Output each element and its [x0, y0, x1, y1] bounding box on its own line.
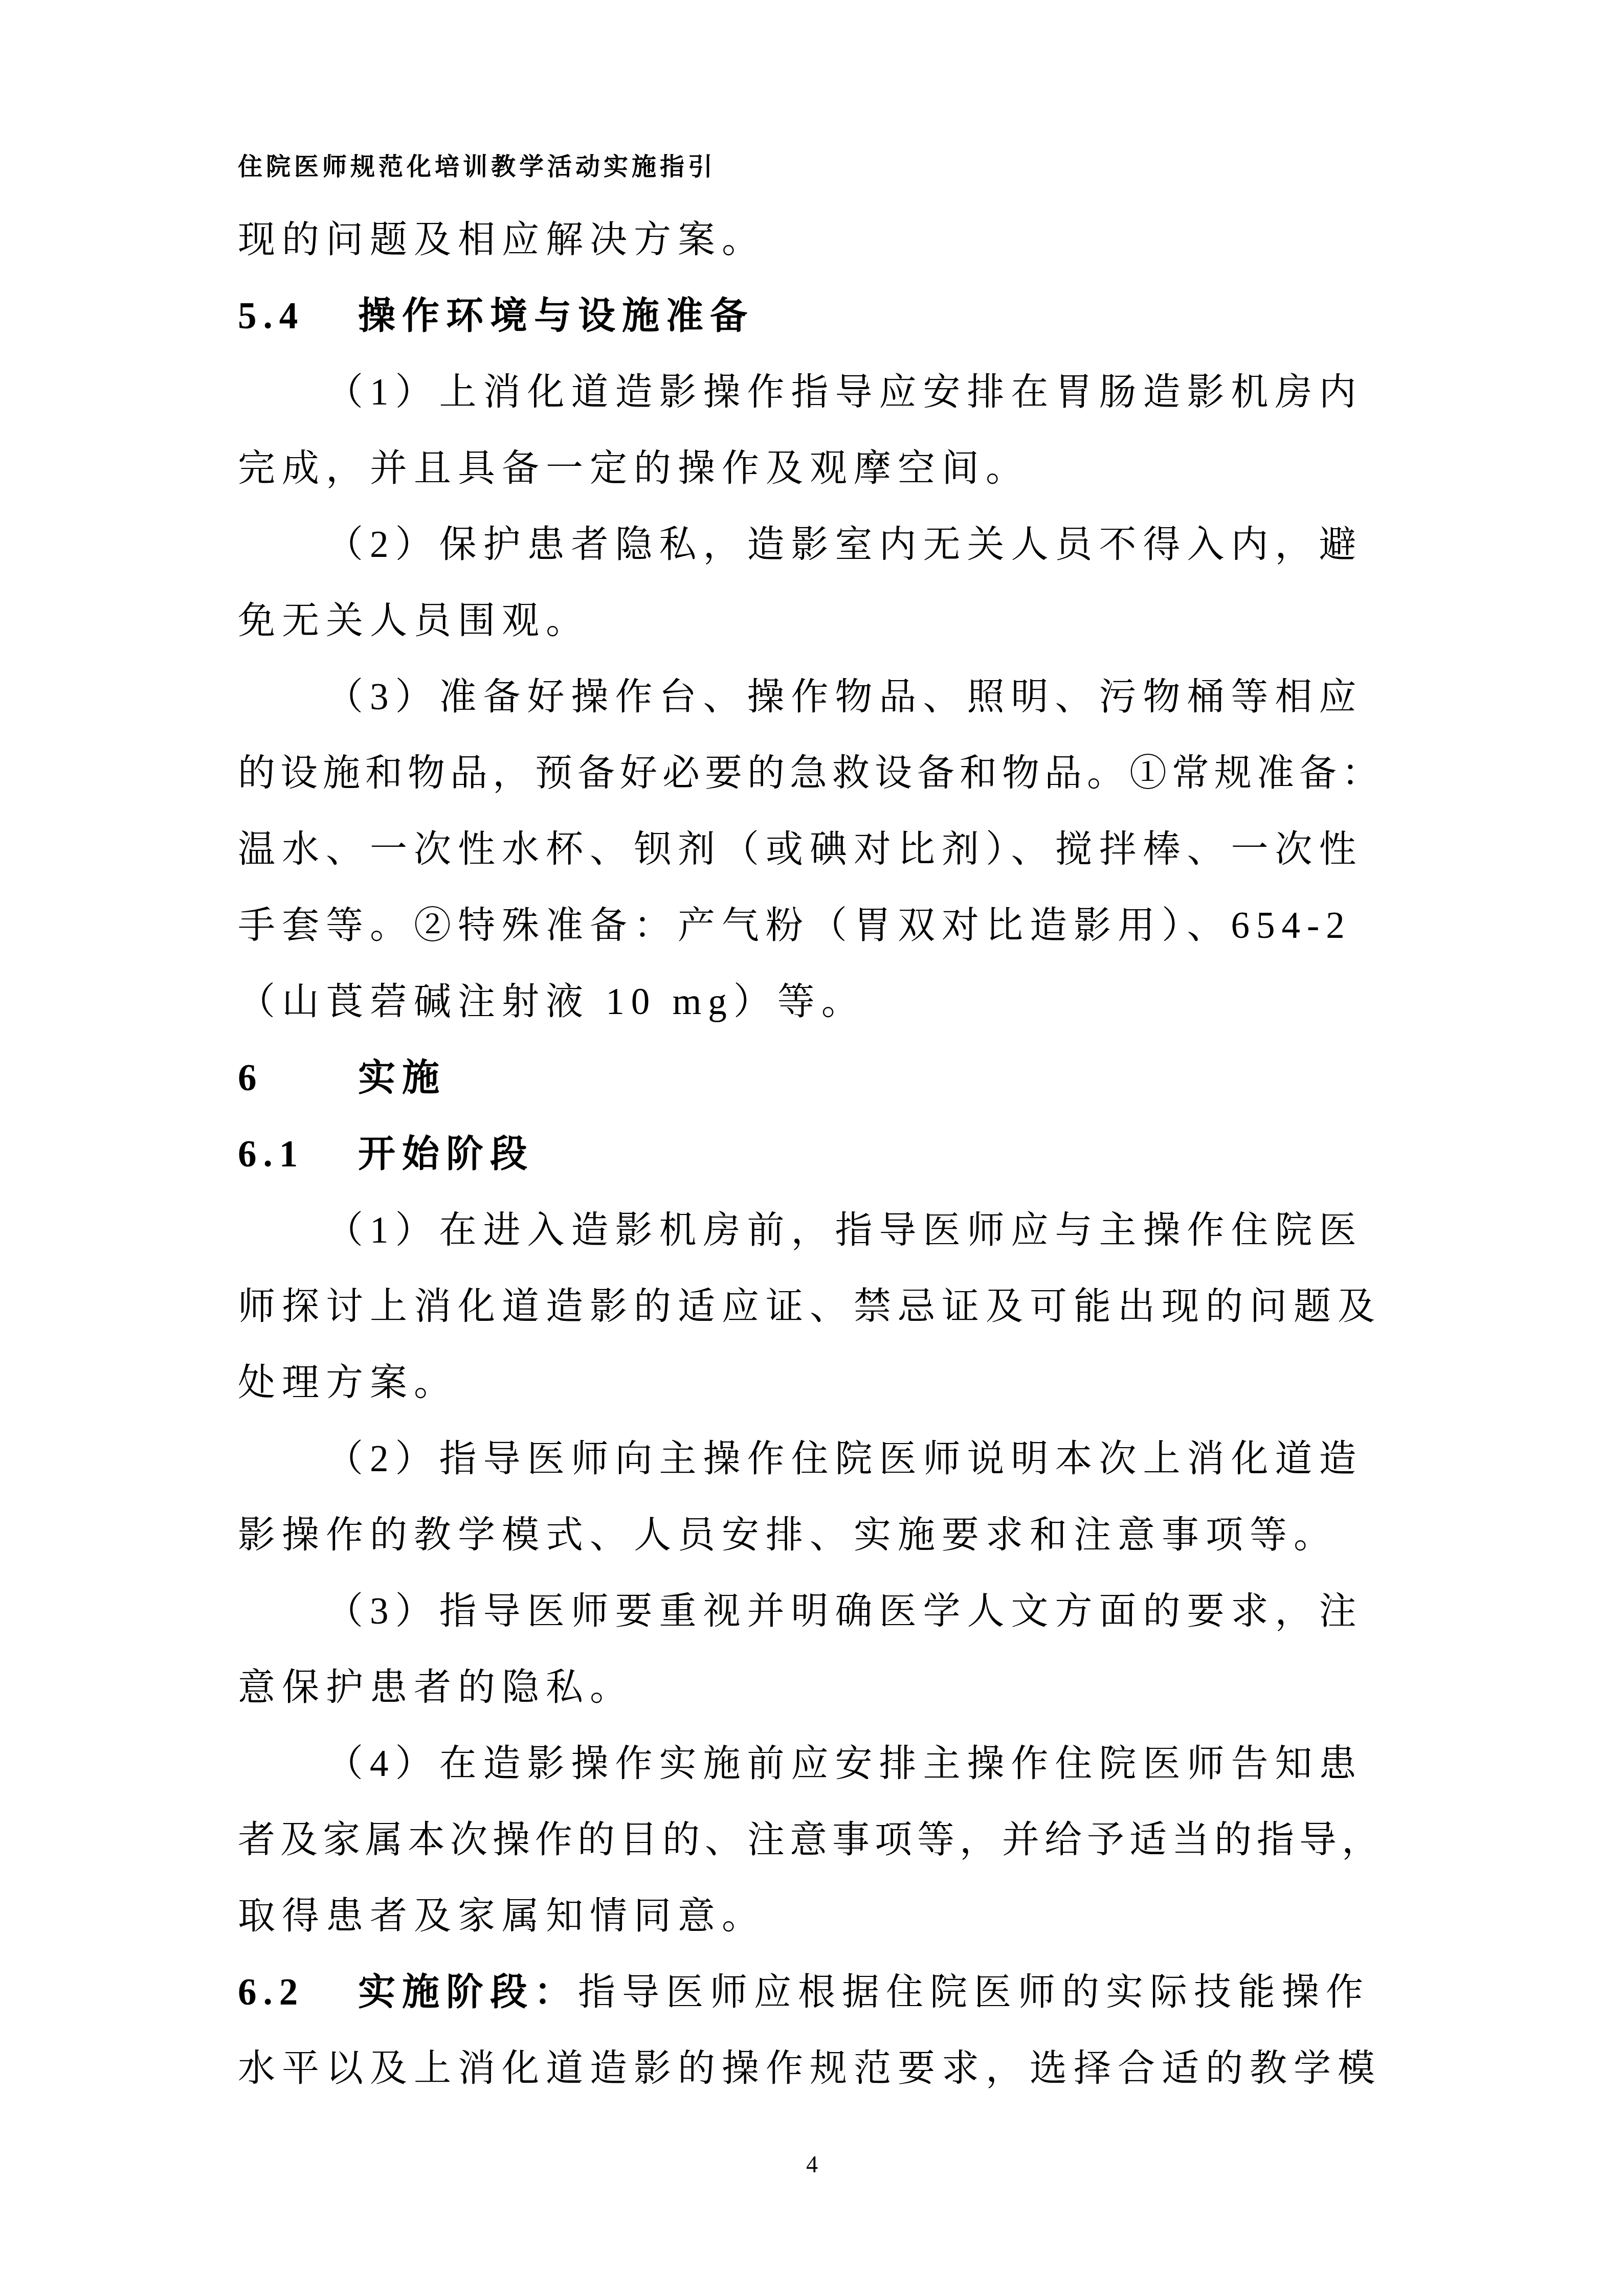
body-line: 的设施和物品，预备好必要的急救设备和物品。①常规准备： [238, 735, 1476, 811]
heading-line: 5.4操作环境与设施准备 [238, 278, 1476, 354]
document-page: 住院医师规范化培训教学活动实施指引 现的问题及相应解决方案。5.4操作环境与设施… [0, 0, 1624, 2296]
heading-number: 6 [238, 1040, 358, 1116]
heading-line: 6实施 [238, 1040, 1476, 1116]
body-line: 水平以及上消化道造影的操作规范要求，选择合适的教学模 [238, 2030, 1476, 2106]
heading-title: 实施阶段： [358, 1971, 578, 2013]
paragraph-first-line: （2）保护患者隐私，造影室内无关人员不得入内，避 [238, 506, 1476, 582]
body-line: 意保护患者的隐私。 [238, 1649, 1476, 1725]
body-line: 者及家属本次操作的目的、注意事项等，并给予适当的指导， [238, 1802, 1476, 1878]
body-line: 影操作的教学模式、人员安排、实施要求和注意事项等。 [238, 1497, 1476, 1573]
heading-number: 6.1 [238, 1116, 358, 1192]
body-line: 取得患者及家属知情同意。 [238, 1878, 1476, 1954]
heading-line: 6.2实施阶段：指导医师应根据住院医师的实际技能操作 [238, 1954, 1476, 2030]
body-line: 免无关人员围观。 [238, 582, 1476, 659]
text-block: 现的问题及相应解决方案。5.4操作环境与设施准备（1）上消化道造影操作指导应安排… [238, 201, 1476, 2106]
body-line: 完成，并且具备一定的操作及观摩空间。 [238, 430, 1476, 506]
body-line: 手套等。②特殊准备：产气粉（胃双对比造影用）、654-2 [238, 887, 1476, 963]
page-number: 4 [0, 2150, 1624, 2179]
paragraph-first-line: （4）在造影操作实施前应安排主操作住院医师告知患 [238, 1725, 1476, 1802]
body-line: 温水、一次性水杯、钡剂（或碘对比剂）、搅拌棒、一次性 [238, 811, 1476, 887]
heading-rest-text: 指导医师应根据住院医师的实际技能操作 [578, 1971, 1370, 2013]
paragraph-first-line: （1）上消化道造影操作指导应安排在胃肠造影机房内 [238, 354, 1476, 430]
heading-title: 开始阶段 [358, 1133, 534, 1175]
heading-title: 实施 [358, 1057, 446, 1098]
body-line: 现的问题及相应解决方案。 [238, 201, 1476, 278]
body-line: （山莨菪碱注射液 10 mg）等。 [238, 963, 1476, 1040]
heading-number: 6.2 [238, 1954, 358, 2030]
heading-title: 操作环境与设施准备 [358, 295, 754, 336]
paragraph-first-line: （2）指导医师向主操作住院医师说明本次上消化道造 [238, 1421, 1476, 1497]
paragraph-first-line: （3）准备好操作台、操作物品、照明、污物桶等相应 [238, 659, 1476, 735]
running-header: 住院医师规范化培训教学活动实施指引 [238, 151, 716, 183]
body-line: 师探讨上消化道造影的适应证、禁忌证及可能出现的问题及 [238, 1268, 1476, 1344]
paragraph-first-line: （1）在进入造影机房前，指导医师应与主操作住院医 [238, 1192, 1476, 1268]
paragraph-first-line: （3）指导医师要重视并明确医学人文方面的要求，注 [238, 1573, 1476, 1649]
heading-number: 5.4 [238, 278, 358, 354]
body-line: 处理方案。 [238, 1344, 1476, 1421]
heading-line: 6.1开始阶段 [238, 1116, 1476, 1192]
